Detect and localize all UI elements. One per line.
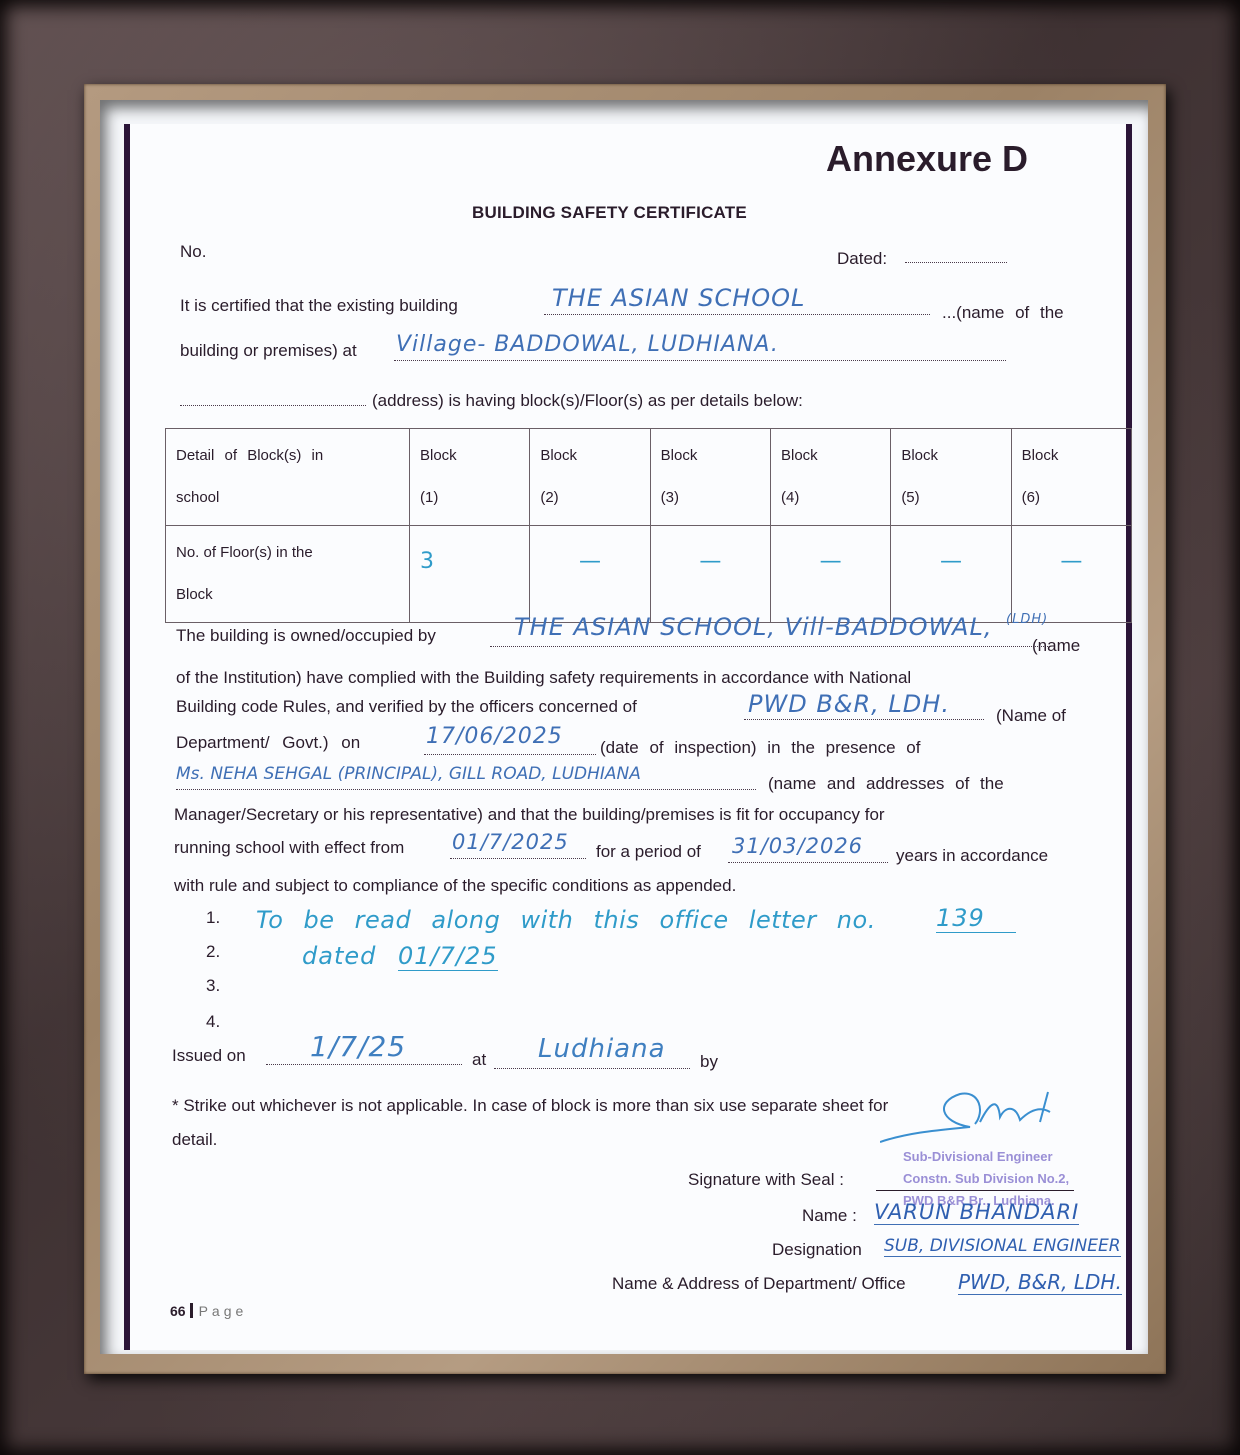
condition-note-line1: To be read along with this office letter…: [256, 906, 876, 934]
premises-field: [394, 360, 1006, 361]
para2-line4-lead: Department/ Govt.) on: [176, 733, 360, 753]
designation-label: Designation: [772, 1240, 862, 1260]
para2-line7-lead: running school with effect from: [174, 838, 404, 858]
footnote-line2: detail.: [172, 1130, 217, 1150]
condition-3-number: 3.: [206, 976, 220, 996]
condition-4-number: 4.: [206, 1012, 220, 1032]
block-header-4: Block(4): [770, 429, 890, 526]
issued-place-field: [494, 1068, 690, 1069]
condition-note-date: 01/7/25: [398, 942, 498, 971]
effect-from-handwritten: 01/7/2025: [452, 830, 569, 854]
block-header-2: Block(2): [530, 429, 650, 526]
para2-line7-tail: years in accordance: [896, 846, 1048, 866]
premises-label: building or premises) at: [180, 341, 357, 361]
issued-at-label: at: [472, 1050, 486, 1070]
para2-line8: with rule and subject to compliance of t…: [174, 876, 736, 896]
issued-date-field: [266, 1064, 462, 1065]
condition-letter-no: 139: [936, 904, 1016, 933]
para2-line3-lead: Building code Rules, and verified by the…: [176, 697, 637, 717]
issued-by-label: by: [700, 1052, 718, 1072]
para1-lead: It is certified that the existing buildi…: [180, 296, 458, 316]
period-field: [728, 862, 888, 863]
block-header-6: Block(6): [1011, 429, 1131, 526]
address-field: [180, 405, 366, 406]
para2-line7-mid: for a period of: [596, 842, 701, 862]
issued-on-label: Issued on: [172, 1046, 246, 1066]
para1-name-suffix: ...(name of the: [942, 303, 1064, 323]
signature-seal-label: Signature with Seal :: [688, 1170, 844, 1190]
blocks-table: Detail of Block(s) in school Block(1) Bl…: [165, 428, 1132, 623]
certificate-title: BUILDING SAFETY CERTIFICATE: [472, 203, 747, 223]
department-field: [744, 719, 984, 720]
para2-line4-tail: (date of inspection) in the presence of: [600, 738, 920, 758]
certificate-no-label: No.: [180, 242, 206, 262]
signature-line: [876, 1190, 1074, 1191]
footnote-line1: * Strike out whichever is not applicable…: [172, 1096, 888, 1116]
annexure-heading: Annexure D: [826, 138, 1028, 180]
dated-field: [905, 262, 1007, 263]
owner-tail: (name: [1032, 636, 1080, 656]
owner-handwritten-sup: (LDH): [1006, 612, 1048, 627]
building-name-handwritten: THE ASIAN SCHOOL: [552, 284, 805, 312]
para2-line3-tail: (Name of: [996, 706, 1066, 726]
owner-lead: The building is owned/occupied by: [176, 626, 436, 646]
para2-line6: Manager/Secretary or his representative)…: [174, 805, 885, 825]
building-name-field: [544, 314, 930, 315]
department-office-handwritten: PWD, B&R, LDH.: [958, 1270, 1122, 1295]
block-header-1: Block(1): [410, 429, 530, 526]
condition-1-number: 1.: [206, 908, 220, 928]
inspection-date-field: [424, 754, 596, 755]
period-handwritten: 31/03/2026: [732, 834, 863, 858]
page-separator: [190, 1303, 193, 1318]
table-row-floors: No. of Floor(s) in the Block 3 — — — — —: [166, 526, 1132, 623]
effect-from-field: [450, 858, 586, 859]
floors-block-5: —: [891, 526, 1011, 623]
owner-handwritten: THE ASIAN SCHOOL, Vill-BADDOWAL,: [514, 613, 992, 641]
floors-block-6: —: [1011, 526, 1131, 623]
inspection-date-handwritten: 17/06/2025: [426, 724, 563, 749]
department-handwritten: PWD B&R, LDH.: [748, 690, 950, 718]
signature-scribble-icon: [880, 1082, 1080, 1152]
presence-handwritten: Ms. NEHA SEHGAL (PRINCIPAL), GILL ROAD, …: [176, 764, 641, 784]
block-header-5: Block(5): [891, 429, 1011, 526]
condition-note-dated: dated: [302, 942, 376, 970]
premises-handwritten: Village- BADDOWAL, LUDHIANA.: [396, 332, 779, 357]
floors-block-2: —: [530, 526, 650, 623]
signatory-name-label: Name :: [802, 1206, 857, 1226]
floors-block-1: 3: [410, 526, 530, 623]
para2-line2: of the Institution) have complied with t…: [176, 668, 911, 688]
block-header-3: Block(3): [650, 429, 770, 526]
page-word: Page: [199, 1303, 248, 1319]
page-footer: 66Page: [170, 1303, 247, 1319]
issued-date-handwritten: 1/7/25: [310, 1030, 406, 1063]
department-office-label: Name & Address of Department/ Office: [612, 1274, 906, 1294]
floors-block-3: —: [650, 526, 770, 623]
condition-2-number: 2.: [206, 942, 220, 962]
floors-row-label: No. of Floor(s) in the Block: [166, 526, 410, 623]
issued-place-handwritten: Ludhiana: [538, 1034, 666, 1064]
floors-block-4: —: [770, 526, 890, 623]
presence-field: [176, 789, 756, 790]
page-number: 66: [170, 1303, 186, 1319]
address-suffix: (address) is having block(s)/Floor(s) as…: [372, 391, 803, 411]
dated-label: Dated:: [837, 249, 887, 269]
designation-handwritten: SUB, DIVISIONAL ENGINEER: [884, 1236, 1121, 1257]
table-row-blocks: Detail of Block(s) in school Block(1) Bl…: [166, 429, 1132, 526]
blocks-row-label: Detail of Block(s) in school: [166, 429, 410, 526]
para2-line5-tail: (name and addresses of the: [768, 774, 1004, 794]
signatory-name-handwritten: VARUN BHANDARI: [874, 1200, 1079, 1225]
owner-field: [490, 646, 1050, 647]
